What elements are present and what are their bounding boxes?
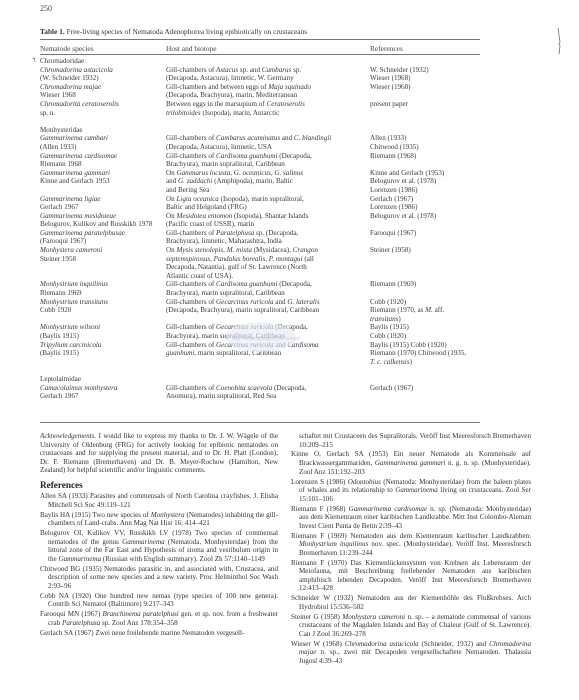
reference-entry: Riemann F (1969) Nematoden aus dem Kieme… xyxy=(291,532,531,558)
table-row: Camacolaimus monhysteraGerlach 1967Gill-… xyxy=(40,384,500,401)
text-column-right: schaftet mit Crustaceen des Supralitoral… xyxy=(291,432,531,667)
references-cell: Baylis (1915) Cobb (1920)Riemann (1970) … xyxy=(370,341,500,367)
host-cell: On Gammarus locusta, G. oceanicus, G. sa… xyxy=(166,169,370,195)
table-caption-label: Table 1. xyxy=(40,27,65,36)
margin-annotation-icon: ↰ xyxy=(31,56,37,64)
table-header-rule xyxy=(40,54,480,55)
species-cell: Gammarinema gammariKinne and Gerlach 195… xyxy=(40,169,166,195)
family-gap xyxy=(40,366,500,375)
species-cell: Monhystera cameroniSteiner 1958 xyxy=(40,246,166,280)
species-cell: Tripylium carcinicola(Baylis 1915) xyxy=(40,341,166,367)
species-cell: Gammarinema cambari(Allen 1933) xyxy=(40,134,166,151)
species-cell: Gammarinema paratelphusae(Farooqui 1967) xyxy=(40,229,166,246)
table-row: Monhystrium inquilinusRiemann 1969Gill-c… xyxy=(40,280,500,297)
reference-entry: Kinne O, Gerlach SA (1953) Ein neuer Nem… xyxy=(291,450,531,476)
table-row: Gammarinema cambari(Allen 1933)Gill-cham… xyxy=(40,134,500,151)
table-bottom-rule xyxy=(40,422,480,423)
table-row: Gammarinema mesidoteaeBelogurov, Kulikov… xyxy=(40,212,500,229)
references-heading: References xyxy=(40,481,278,490)
references-cell: Riemann (1968) xyxy=(370,152,500,169)
host-cell: Gill-chambers of Astacus sp. and Cambaru… xyxy=(166,66,370,83)
table-caption: Table 1. Free-living species of Nematoda… xyxy=(40,27,307,36)
species-cell: Gammarinema ligiaeGerlach 1967 xyxy=(40,195,166,212)
reference-entry: Allen SA (1933) Parasites and commensals… xyxy=(40,492,278,509)
species-cell: Gammarinema cardisomaeRiemann 1968 xyxy=(40,152,166,169)
host-cell: Gill-chambers and between eggs of Maja s… xyxy=(166,83,370,100)
table-row: Chromadorina astacicola(W. Schneider 193… xyxy=(40,66,500,83)
table-row: Gammarinema ligiaeGerlach 1967On Ligia o… xyxy=(40,195,500,212)
species-cell: Monhystrium wilsoni(Baylis 1915) xyxy=(40,323,166,340)
page-number: 250 xyxy=(40,4,52,13)
reference-entry: Farooqui MN (1967) Branchinema paratelph… xyxy=(40,610,278,627)
references-cell: Baylis (1915)Cobb (1920) xyxy=(370,323,500,340)
reference-continuation: schaftet mit Crustaceen des Supralitoral… xyxy=(291,432,531,449)
species-cell: Chromadorita ceratoserolissp. n. xyxy=(40,100,166,117)
host-cell: Gill-chambers of Cardisoma guanhumi (Dec… xyxy=(166,280,370,297)
table-top-rule xyxy=(40,39,480,40)
host-cell: Gill-chambers of Gecarcinus ruricola and… xyxy=(166,298,370,324)
references-cell: Riemann (1969) xyxy=(370,280,500,297)
column-header-species: Nematode species xyxy=(40,44,94,53)
watermark-text: http://www.ipt.ugent.be/nemys/ xyxy=(232,336,300,342)
host-cell: Gill-chambers of Paratelphusa sp. (Decap… xyxy=(166,229,370,246)
reference-entry: Wieser W (1968) Chromadorina astacicola … xyxy=(291,640,531,666)
species-cell: Chromadorina majaeWieser 1968 xyxy=(40,83,166,100)
host-cell: Gill-chambers of Cardisoma guanhumi (Dec… xyxy=(166,152,370,169)
species-cell: Chromadorina astacicola(W. Schneider 193… xyxy=(40,66,166,83)
species-cell: Monhystrium transitansCobb 1920 xyxy=(40,298,166,324)
text-column-left: Acknowledgements. I would like to expres… xyxy=(40,432,278,639)
reference-entry: Chitwood BG (1935) Nematodes parasitic i… xyxy=(40,565,278,591)
table-row: Gammarinema gammariKinne and Gerlach 195… xyxy=(40,169,500,195)
reference-entry: Cobb NA (1920) One hundred new nemas (ty… xyxy=(40,592,278,609)
reference-entry: Gerlach SA (1967) Zwei neue freilebende … xyxy=(40,629,278,638)
table-row: Gammarinema paratelphusae(Farooqui 1967)… xyxy=(40,229,500,246)
references-list-left: Allen SA (1933) Parasites and commensals… xyxy=(40,492,278,637)
reference-entry: Steiner G (1958) Monhystera cameroni n. … xyxy=(291,613,531,639)
column-header-host: Host and biotope xyxy=(166,44,217,53)
reference-entry: Baylis HA (1915) Two new species of Monh… xyxy=(40,511,278,528)
table-row: Monhystera cameroniSteiner 1958On Mysis … xyxy=(40,246,500,280)
references-list-right: Kinne O, Gerlach SA (1953) Ein neuer Nem… xyxy=(291,450,531,665)
references-cell: Belogurov et al. (1978) xyxy=(370,212,500,229)
host-cell: Gill-chambers of Coenobita scaevola (Dec… xyxy=(166,384,370,401)
host-cell: Gill-chambers of Cambarus acuminatus and… xyxy=(166,134,370,151)
host-cell: On Mesidotea entomon (Isopoda), Shantar … xyxy=(166,212,370,229)
acknowledgements-label: Acknowledgements. xyxy=(40,432,96,440)
references-cell: present paper xyxy=(370,100,500,117)
reference-entry: Belogurov OI, Kulikov VV, Russkikh LV (1… xyxy=(40,529,278,563)
host-cell: On Mysis stenolepis, M. mixta (Mysidacea… xyxy=(166,246,370,280)
table-row: Gammarinema cardisomaeRiemann 1968Gill-c… xyxy=(40,152,500,169)
references-cell: Wieser (1968) xyxy=(370,83,500,100)
species-cell: Camacolaimus monhysteraGerlach 1967 xyxy=(40,384,166,401)
references-cell: Farooqui (1967) xyxy=(370,229,500,246)
references-cell: Gerlach (1967)Lorenzen (1986) xyxy=(370,195,500,212)
table-caption-text: Free-living species of Nematoda Adenopho… xyxy=(65,27,307,36)
species-cell: Gammarinema mesidoteaeBelogurov, Kulikov… xyxy=(40,212,166,229)
host-cell: Between eggs in the marsupium of Ceratos… xyxy=(166,100,370,117)
references-cell: Cobb (1920)Riemann (1970, as M. aff.tran… xyxy=(370,298,500,324)
family-gap xyxy=(40,117,500,126)
table-row: Monhystrium transitansCobb 1920Gill-cham… xyxy=(40,298,500,324)
reference-entry: Riemann F (1968) Gammarinema cardisomae … xyxy=(291,505,531,531)
references-cell: W. Schneider (1932)Wieser (1968) xyxy=(370,66,500,83)
family-heading: Leptolaimidae xyxy=(40,375,500,384)
reference-entry: Schneider W (1932) Nematoden aus der Kie… xyxy=(291,594,531,611)
table-row: Chromadorita ceratoserolissp. n.Between … xyxy=(40,100,500,117)
reference-entry: Lorenzen S (1986) Odontobius (Nematoda: … xyxy=(291,478,531,504)
references-cell: Steiner (1958) xyxy=(370,246,500,280)
species-cell: Monhystrium inquilinusRiemann 1969 xyxy=(40,280,166,297)
family-heading: Chromadoridae xyxy=(40,57,500,66)
acknowledgements: Acknowledgements. I would like to expres… xyxy=(40,432,278,475)
references-cell: Allen (1933)Chitwood (1935) xyxy=(370,134,500,151)
column-header-references: References xyxy=(370,44,403,53)
references-cell: Gerlach (1967) xyxy=(370,384,500,401)
margin-bracket-icon xyxy=(557,28,563,54)
family-heading: Monhysteridae xyxy=(40,126,500,135)
reference-entry: Riemann F (1970) Das Kiemenlückensystem … xyxy=(291,559,531,593)
table-row: Chromadorina majaeWieser 1968Gill-chambe… xyxy=(40,83,500,100)
host-cell: On Ligia oceanica (Isopoda), marin supra… xyxy=(166,195,370,212)
references-cell: Kinne and Gerlach (1953)Belogurov et al.… xyxy=(370,169,500,195)
